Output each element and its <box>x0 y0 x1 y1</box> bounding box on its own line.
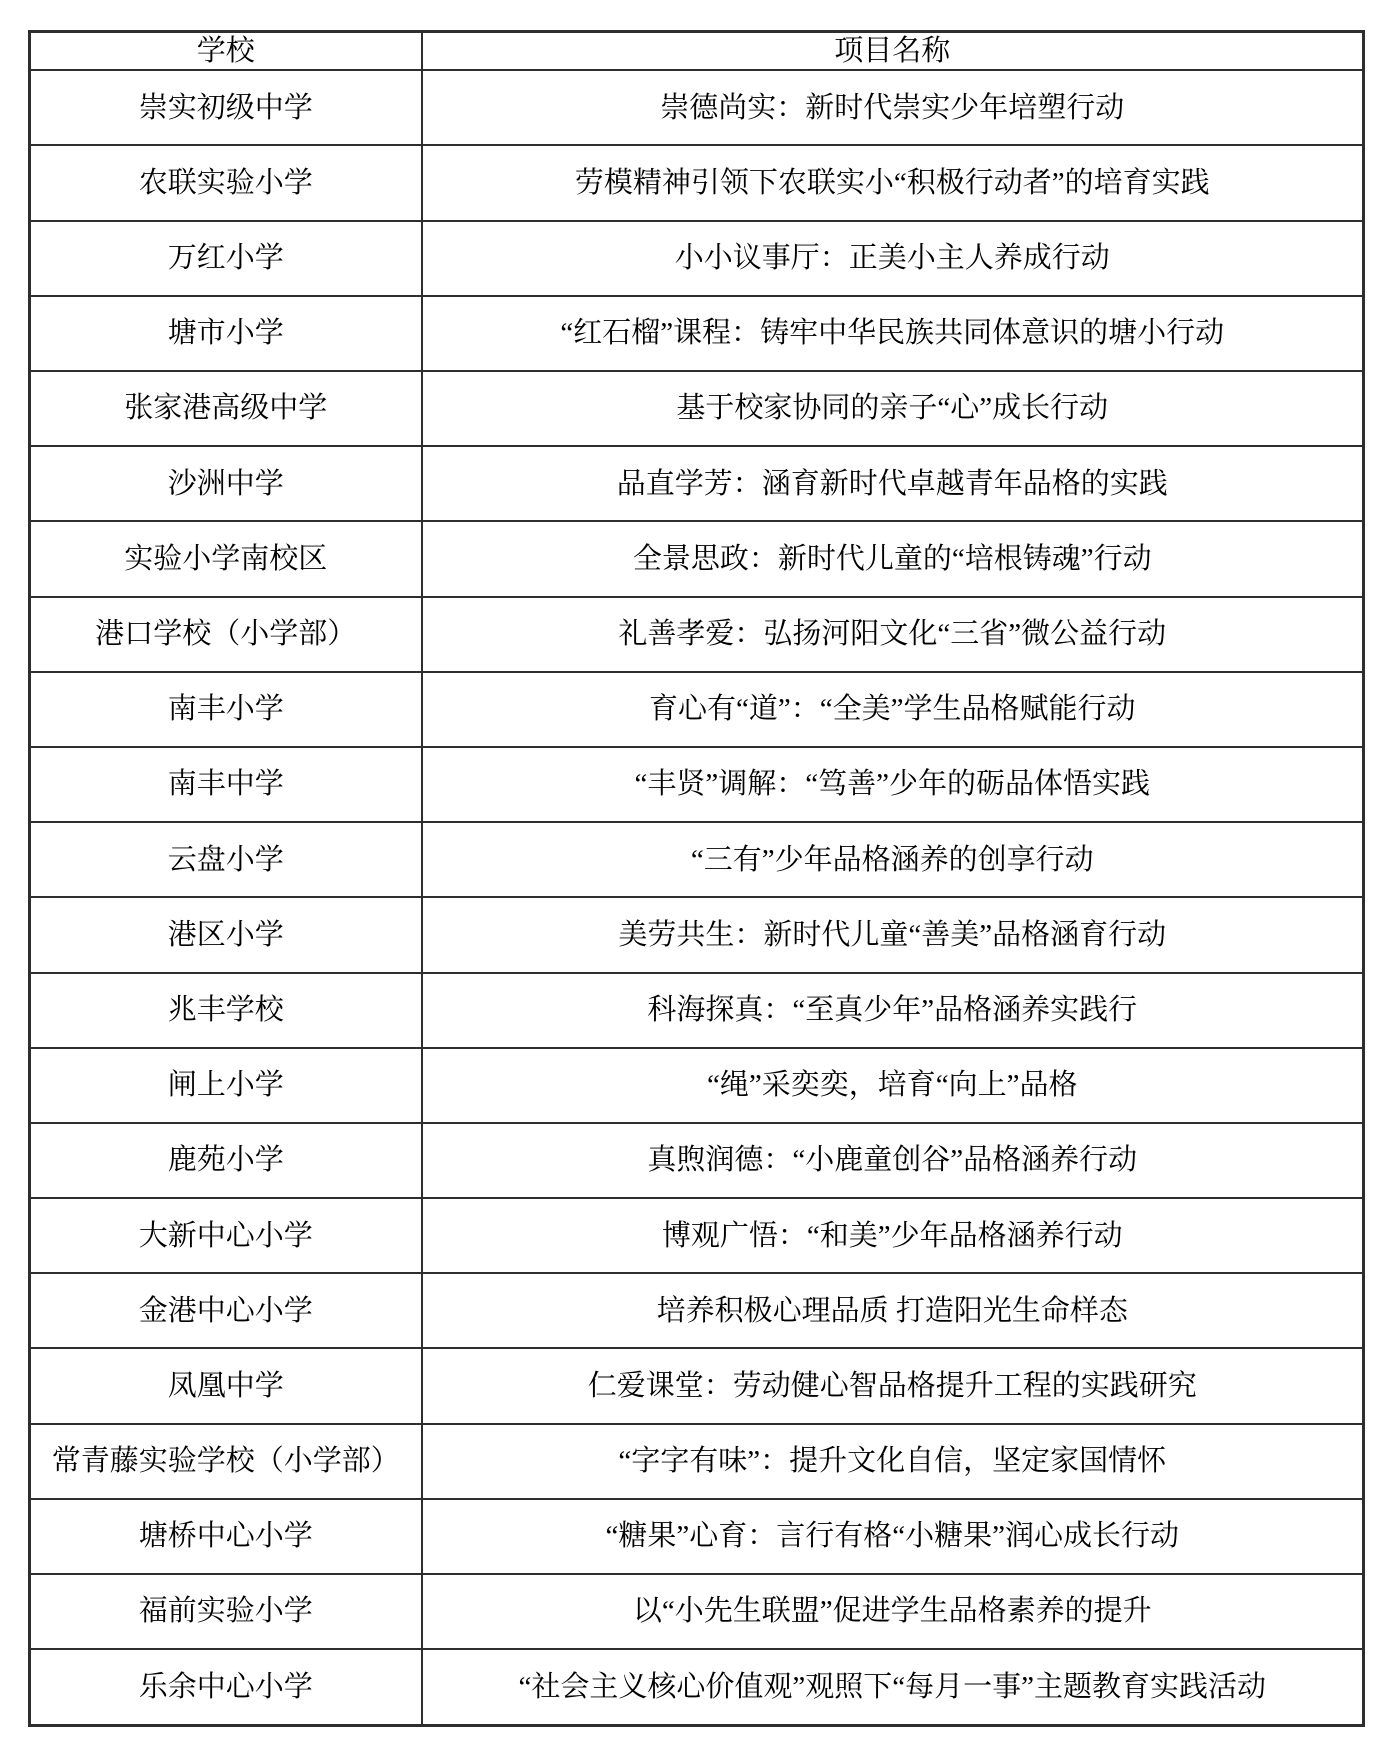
project-cell: “糖果”心育：言行有格“小糖果”润心成长行动 <box>422 1499 1364 1574</box>
project-cell: “丰贤”调解：“笃善”少年的砺品体悟实践 <box>422 747 1364 822</box>
table-row: 崇实初级中学崇德尚实：新时代崇实少年培塑行动 <box>30 70 1364 145</box>
school-cell: 塘桥中心小学 <box>30 1499 422 1574</box>
project-cell: 全景思政：新时代儿童的“培根铸魂”行动 <box>422 521 1364 596</box>
table-row: 塘桥中心小学“糖果”心育：言行有格“小糖果”润心成长行动 <box>30 1499 1364 1574</box>
table-row: 凤凰中学仁爱课堂：劳动健心智品格提升工程的实践研究 <box>30 1348 1364 1423</box>
table-row: 金港中心小学培养积极心理品质 打造阳光生命样态 <box>30 1273 1364 1348</box>
header-row: 学校 项目名称 <box>30 32 1364 71</box>
table-row: 港区小学美劳共生：新时代儿童“善美”品格涵育行动 <box>30 897 1364 972</box>
school-cell: 农联实验小学 <box>30 145 422 220</box>
project-cell: 仁爱课堂：劳动健心智品格提升工程的实践研究 <box>422 1348 1364 1423</box>
project-cell: 以“小先生联盟”促进学生品格素养的提升 <box>422 1574 1364 1649</box>
table-row: 张家港高级中学基于校家协同的亲子“心”成长行动 <box>30 371 1364 446</box>
document-page: 学校 项目名称 崇实初级中学崇德尚实：新时代崇实少年培塑行动农联实验小学劳模精神… <box>0 0 1384 1753</box>
project-cell: 崇德尚实：新时代崇实少年培塑行动 <box>422 70 1364 145</box>
table-row: 鹿苑小学真煦润德：“小鹿童创谷”品格涵养行动 <box>30 1123 1364 1198</box>
school-cell: 云盘小学 <box>30 822 422 897</box>
school-cell: 大新中心小学 <box>30 1198 422 1273</box>
project-cell: 培养积极心理品质 打造阳光生命样态 <box>422 1273 1364 1348</box>
school-column-header: 学校 <box>30 32 422 71</box>
project-cell: 礼善孝爱：弘扬河阳文化“三省”微公益行动 <box>422 597 1364 672</box>
project-cell: “字字有味”：提升文化自信，坚定家国情怀 <box>422 1424 1364 1499</box>
school-cell: 港区小学 <box>30 897 422 972</box>
school-cell: 南丰小学 <box>30 672 422 747</box>
school-cell: 港口学校（小学部） <box>30 597 422 672</box>
project-cell: 小小议事厅：正美小主人养成行动 <box>422 221 1364 296</box>
table-row: 南丰小学育心有“道”：“全美”学生品格赋能行动 <box>30 672 1364 747</box>
school-cell: 凤凰中学 <box>30 1348 422 1423</box>
table-row: 沙洲中学品直学芳：涵育新时代卓越青年品格的实践 <box>30 446 1364 521</box>
school-cell: 万红小学 <box>30 221 422 296</box>
school-cell: 塘市小学 <box>30 296 422 371</box>
project-cell: “三有”少年品格涵养的创享行动 <box>422 822 1364 897</box>
table-row: 大新中心小学博观广悟：“和美”少年品格涵养行动 <box>30 1198 1364 1273</box>
school-cell: 张家港高级中学 <box>30 371 422 446</box>
table-row: 港口学校（小学部）礼善孝爱：弘扬河阳文化“三省”微公益行动 <box>30 597 1364 672</box>
table-row: 实验小学南校区全景思政：新时代儿童的“培根铸魂”行动 <box>30 521 1364 596</box>
table-row: 福前实验小学以“小先生联盟”促进学生品格素养的提升 <box>30 1574 1364 1649</box>
table-row: 云盘小学“三有”少年品格涵养的创享行动 <box>30 822 1364 897</box>
project-cell: 品直学芳：涵育新时代卓越青年品格的实践 <box>422 446 1364 521</box>
school-cell: 闸上小学 <box>30 1048 422 1123</box>
school-cell: 兆丰学校 <box>30 973 422 1048</box>
school-cell: 福前实验小学 <box>30 1574 422 1649</box>
project-cell: 美劳共生：新时代儿童“善美”品格涵育行动 <box>422 897 1364 972</box>
school-cell: 乐余中心小学 <box>30 1649 422 1725</box>
table-row: 南丰中学“丰贤”调解：“笃善”少年的砺品体悟实践 <box>30 747 1364 822</box>
table-body: 崇实初级中学崇德尚实：新时代崇实少年培塑行动农联实验小学劳模精神引领下农联实小“… <box>30 70 1364 1725</box>
school-cell: 崇实初级中学 <box>30 70 422 145</box>
school-cell: 实验小学南校区 <box>30 521 422 596</box>
school-cell: 金港中心小学 <box>30 1273 422 1348</box>
projects-table: 学校 项目名称 崇实初级中学崇德尚实：新时代崇实少年培塑行动农联实验小学劳模精神… <box>28 30 1365 1727</box>
project-cell: 育心有“道”：“全美”学生品格赋能行动 <box>422 672 1364 747</box>
project-cell: 劳模精神引领下农联实小“积极行动者”的培育实践 <box>422 145 1364 220</box>
project-cell: “绳”采奕奕，培育“向上”品格 <box>422 1048 1364 1123</box>
school-cell: 南丰中学 <box>30 747 422 822</box>
school-cell: 沙洲中学 <box>30 446 422 521</box>
table-row: 万红小学小小议事厅：正美小主人养成行动 <box>30 221 1364 296</box>
project-cell: “红石榴”课程：铸牢中华民族共同体意识的塘小行动 <box>422 296 1364 371</box>
table-row: 乐余中心小学“社会主义核心价值观”观照下“每月一事”主题教育实践活动 <box>30 1649 1364 1725</box>
table-row: 闸上小学“绳”采奕奕，培育“向上”品格 <box>30 1048 1364 1123</box>
table-row: 农联实验小学劳模精神引领下农联实小“积极行动者”的培育实践 <box>30 145 1364 220</box>
school-cell: 鹿苑小学 <box>30 1123 422 1198</box>
table-row: 兆丰学校科海探真：“至真少年”品格涵养实践行 <box>30 973 1364 1048</box>
table-row: 塘市小学“红石榴”课程：铸牢中华民族共同体意识的塘小行动 <box>30 296 1364 371</box>
table-row: 常青藤实验学校（小学部）“字字有味”：提升文化自信，坚定家国情怀 <box>30 1424 1364 1499</box>
project-cell: 科海探真：“至真少年”品格涵养实践行 <box>422 973 1364 1048</box>
project-cell: “社会主义核心价值观”观照下“每月一事”主题教育实践活动 <box>422 1649 1364 1725</box>
project-cell: 基于校家协同的亲子“心”成长行动 <box>422 371 1364 446</box>
school-cell: 常青藤实验学校（小学部） <box>30 1424 422 1499</box>
project-cell: 博观广悟：“和美”少年品格涵养行动 <box>422 1198 1364 1273</box>
project-cell: 真煦润德：“小鹿童创谷”品格涵养行动 <box>422 1123 1364 1198</box>
project-column-header: 项目名称 <box>422 32 1364 71</box>
